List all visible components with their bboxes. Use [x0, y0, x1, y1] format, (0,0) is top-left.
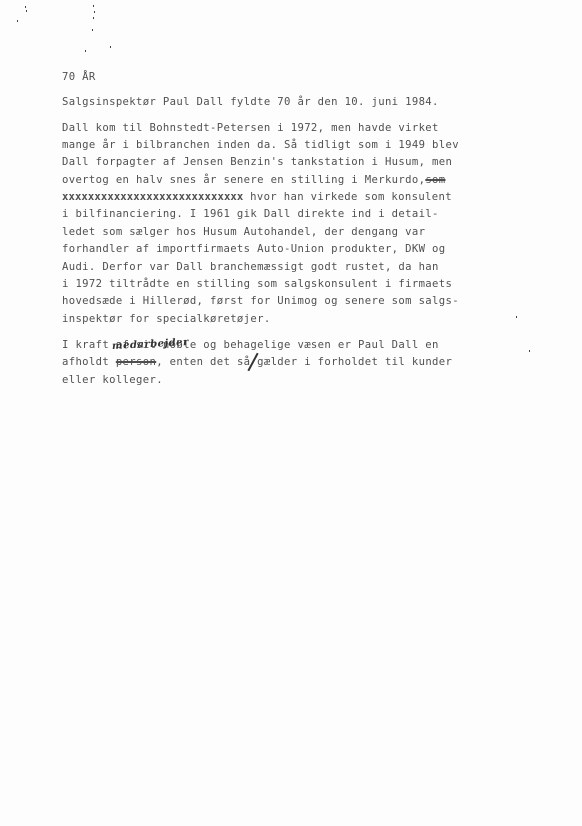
struck-word: person [116, 356, 156, 368]
intro-line: Salgsinspektør Paul Dall fyldte 70 år de… [62, 97, 439, 108]
line-text: afholdt [62, 356, 116, 368]
paragraph1-line: i 1972 tiltrådte en stilling som salgsko… [62, 279, 452, 290]
paragraph2-line: eller kolleger. [62, 375, 163, 386]
paragraph1-line: ledet som sælger hos Husum Autohandel, d… [62, 227, 425, 238]
scanned-document-page: 70 ÅR Salgsinspektør Paul Dall fyldte 70… [0, 0, 582, 826]
paragraph1-line: forhandler af importfirmaets Auto-Union … [62, 244, 446, 255]
paragraph1-line: hovedsæde i Hillerød, først for Unimog o… [62, 296, 459, 307]
paragraph1-line: xxxxxxxxxxxxxxxxxxxxxxxxxxxx hvor han vi… [62, 192, 452, 203]
line-text: , enten det så gælder i forholdet til ku… [156, 356, 452, 368]
paragraph1-line: inspektør for specialkøretøjer. [62, 314, 271, 325]
line-text: hvor han virkede som konsulent [243, 191, 452, 203]
paragraph1-line: i bilfinanciering. I 1961 gik Dall direk… [62, 209, 439, 220]
typed-over-text: xxxxxxxxxxxxxxxxxxxxxxxxxxxx [62, 191, 243, 203]
line-text: overtog en halv snes år senere en stilli… [62, 174, 425, 186]
document-heading: 70 ÅR [62, 72, 96, 83]
paragraph1-line: Dall forpagter af Jensen Benzin's tankst… [62, 157, 452, 168]
struck-word: som [425, 174, 445, 186]
paragraph1-line: mange år i bilbranchen inden da. Så tidl… [62, 140, 459, 151]
paragraph2-line: afholdt person, enten det så gælder i fo… [62, 357, 452, 368]
paragraph1-line: Dall kom til Bohnstedt-Petersen i 1972, … [62, 123, 439, 134]
paragraph1-line: Audi. Derfor var Dall branchemæssigt god… [62, 262, 439, 273]
paragraph1-line: overtog en halv snes år senere en stilli… [62, 175, 446, 186]
